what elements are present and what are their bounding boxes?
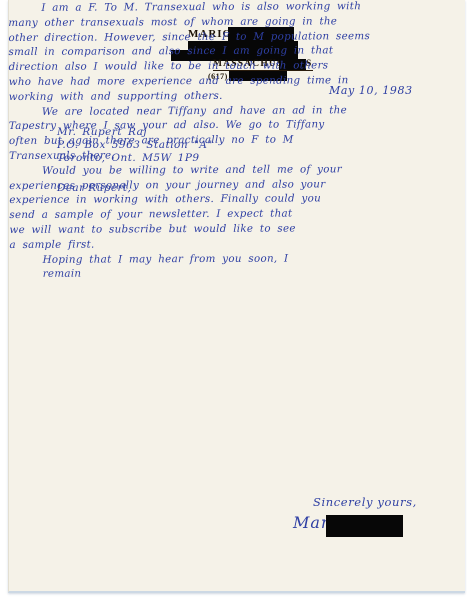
letter-paper: MARION MASSACHUSETTS (617) May 10, 1983 …	[8, 0, 465, 593]
handwritten-line: Would you be willing to write and tell m…	[9, 162, 394, 179]
handwritten-line: who have had more experience and are spe…	[9, 73, 394, 90]
handwritten-line: remain	[10, 265, 395, 282]
redaction-bar-signature	[326, 515, 403, 537]
closing: Sincerely yours,	[313, 495, 417, 509]
scanned-letter-page: { "colors": { "paper": "#f5f2e8", "ink":…	[0, 0, 467, 600]
handwritten-line: We are located near Tiffany and have an …	[9, 103, 394, 120]
letter-body: I am a F. To M. Transexual who is also w…	[8, 0, 394, 282]
handwritten-line: other direction. However, since the F to…	[8, 29, 393, 46]
signature: Mar	[293, 513, 330, 532]
handwritten-line: many other transexuals most of whom are …	[8, 14, 393, 31]
